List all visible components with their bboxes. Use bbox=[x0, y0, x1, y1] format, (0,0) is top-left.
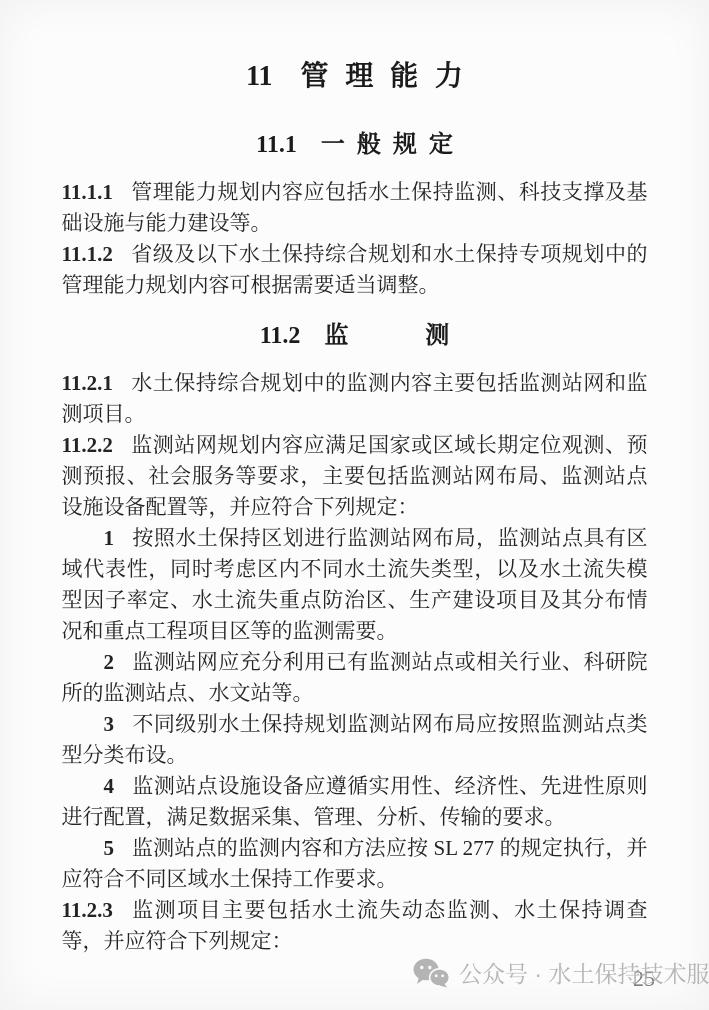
clause-number: 11.1.2 bbox=[62, 242, 113, 266]
clause-text: 管理能力规划内容应包括水土保持监测、科技支撑及基础设施与能力建设等。 bbox=[62, 180, 648, 235]
list-item-paragraph: 3不同级别水土保持规划监测站网布局应按照监测站点类型分类布设。 bbox=[62, 709, 648, 771]
clause-text: 水土保持综合规划中的监测内容主要包括监测站网和监测项目。 bbox=[62, 371, 648, 426]
item-text: 监测站点设施设备应遵循实用性、经济性、先进性原则进行配置，满足数据采集、管理、分… bbox=[62, 774, 648, 829]
item-number: 1 bbox=[104, 526, 115, 550]
text-column: 11管理能力 11.1一般规定 11.1.1管理能力规划内容应包括水土保持监测、… bbox=[62, 0, 648, 957]
clause-number: 11.2.1 bbox=[62, 371, 113, 395]
chapter-heading: 11管理能力 bbox=[62, 54, 648, 94]
section-title: 监测 bbox=[324, 323, 526, 349]
item-text: 监测站点的监测内容和方法应按 SL 277 的规定执行，并应符合不同区域水土保持… bbox=[62, 836, 648, 891]
item-text: 监测站网应充分利用已有监测站点或相关行业、科研院所的监测站点、水文站等。 bbox=[62, 650, 648, 705]
section-number: 11.1 bbox=[256, 132, 297, 158]
clause-number: 11.2.3 bbox=[62, 898, 113, 922]
section-title: 一般规定 bbox=[321, 132, 465, 158]
section-heading-11-2: 11.2监测 bbox=[62, 315, 648, 350]
chapter-title: 管理能力 bbox=[301, 61, 480, 92]
clause-number: 11.2.2 bbox=[62, 433, 113, 457]
clause-paragraph: 11.1.2省级及以下水土保持综合规划和水土保持专项规划中的管理能力规划内容可根… bbox=[62, 239, 648, 301]
clause-paragraph: 11.2.3监测项目主要包括水土流失动态监测、水土保持调查等，并应符合下列规定： bbox=[62, 895, 648, 957]
clause-paragraph: 11.1.1管理能力规划内容应包括水土保持监测、科技支撑及基础设施与能力建设等。 bbox=[62, 177, 648, 239]
item-number: 2 bbox=[104, 650, 115, 674]
document-page: 11管理能力 11.1一般规定 11.1.1管理能力规划内容应包括水土保持监测、… bbox=[0, 0, 709, 1010]
item-number: 4 bbox=[104, 774, 115, 798]
wechat-icon bbox=[413, 958, 450, 988]
list-item-paragraph: 4监测站点设施设备应遵循实用性、经济性、先进性原则进行配置，满足数据采集、管理、… bbox=[62, 771, 648, 833]
section-number: 11.2 bbox=[260, 323, 301, 349]
watermark: 公众号 · 水土保持技术服务 bbox=[413, 956, 709, 989]
list-item-paragraph: 2监测站网应充分利用已有监测站点或相关行业、科研院所的监测站点、水文站等。 bbox=[62, 647, 648, 709]
clause-paragraph: 11.2.2监测站网规划内容应满足国家或区域长期定位观测、预测预报、社会服务等要… bbox=[62, 430, 648, 523]
list-item-paragraph: 5监测站点的监测内容和方法应按 SL 277 的规定执行，并应符合不同区域水土保… bbox=[62, 833, 648, 895]
item-text: 按照水土保持区划进行监测站网布局，监测站点具有区域代表性，同时考虑区内不同水土流… bbox=[62, 526, 648, 643]
clause-text: 监测站网规划内容应满足国家或区域长期定位观测、预测预报、社会服务等要求，主要包括… bbox=[62, 433, 648, 519]
item-text: 不同级别水土保持规划监测站网布局应按照监测站点类型分类布设。 bbox=[62, 712, 648, 767]
list-item-paragraph: 1按照水土保持区划进行监测站网布局，监测站点具有区域代表性，同时考虑区内不同水土… bbox=[62, 523, 648, 647]
clause-number: 11.1.1 bbox=[62, 180, 113, 204]
section-heading-11-1: 11.1一般规定 bbox=[62, 124, 648, 159]
item-number: 3 bbox=[104, 712, 115, 736]
chapter-number: 11 bbox=[246, 61, 272, 92]
clause-paragraph: 11.2.1水土保持综合规划中的监测内容主要包括监测站网和监测项目。 bbox=[62, 368, 648, 430]
clause-text: 省级及以下水土保持综合规划和水土保持专项规划中的管理能力规划内容可根据需要适当调… bbox=[62, 242, 648, 297]
clause-text: 监测项目主要包括水土流失动态监测、水土保持调查等，并应符合下列规定： bbox=[62, 898, 648, 953]
watermark-text: 公众号 · 水土保持技术服务 bbox=[459, 956, 709, 989]
item-number: 5 bbox=[104, 836, 115, 860]
